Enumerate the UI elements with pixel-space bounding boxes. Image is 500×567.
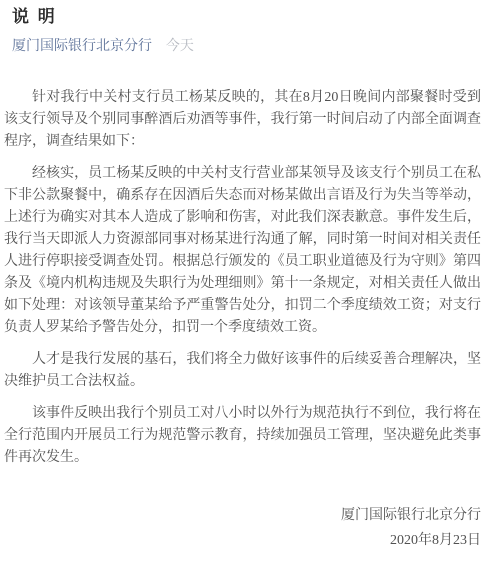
article-meta: 厦门国际银行北京分行 今天 [0,35,500,55]
page-title: 说 明 [0,5,500,29]
statement-paragraph-2: 经核实，员工杨某反映的中关村支行营业部某领导及该支行个别员工在私下非公款聚餐中，… [4,163,481,339]
statement-paragraph-1: 针对我行中关村支行员工杨某反映的，其在8月20日晚间内部聚餐时受到该支行领导及个… [4,87,481,153]
article-page: 说 明 厦门国际银行北京分行 今天 针对我行中关村支行员工杨某反映的，其在8月2… [0,0,500,567]
account-name-link[interactable]: 厦门国际银行北京分行 [12,37,152,53]
statement-paragraph-3: 人才是我行发展的基石，我们将全力做好该事件的后续妥善合理解决，坚决维护员工合法权… [4,349,481,393]
statement-body: 针对我行中关村支行员工杨某反映的，其在8月20日晚间内部聚餐时受到该支行领导及个… [4,87,481,553]
signature-date: 2020年8月23日 [4,528,481,553]
signature-name: 厦门国际银行北京分行 [4,503,481,528]
statement-paragraph-4: 该事件反映出我行个别员工对八小时以外行为规范执行不到位，我行将在全行范围内开展员… [4,403,481,469]
publish-date: 今天 [166,37,194,53]
signature-block: 厦门国际银行北京分行 2020年8月23日 [4,503,481,553]
